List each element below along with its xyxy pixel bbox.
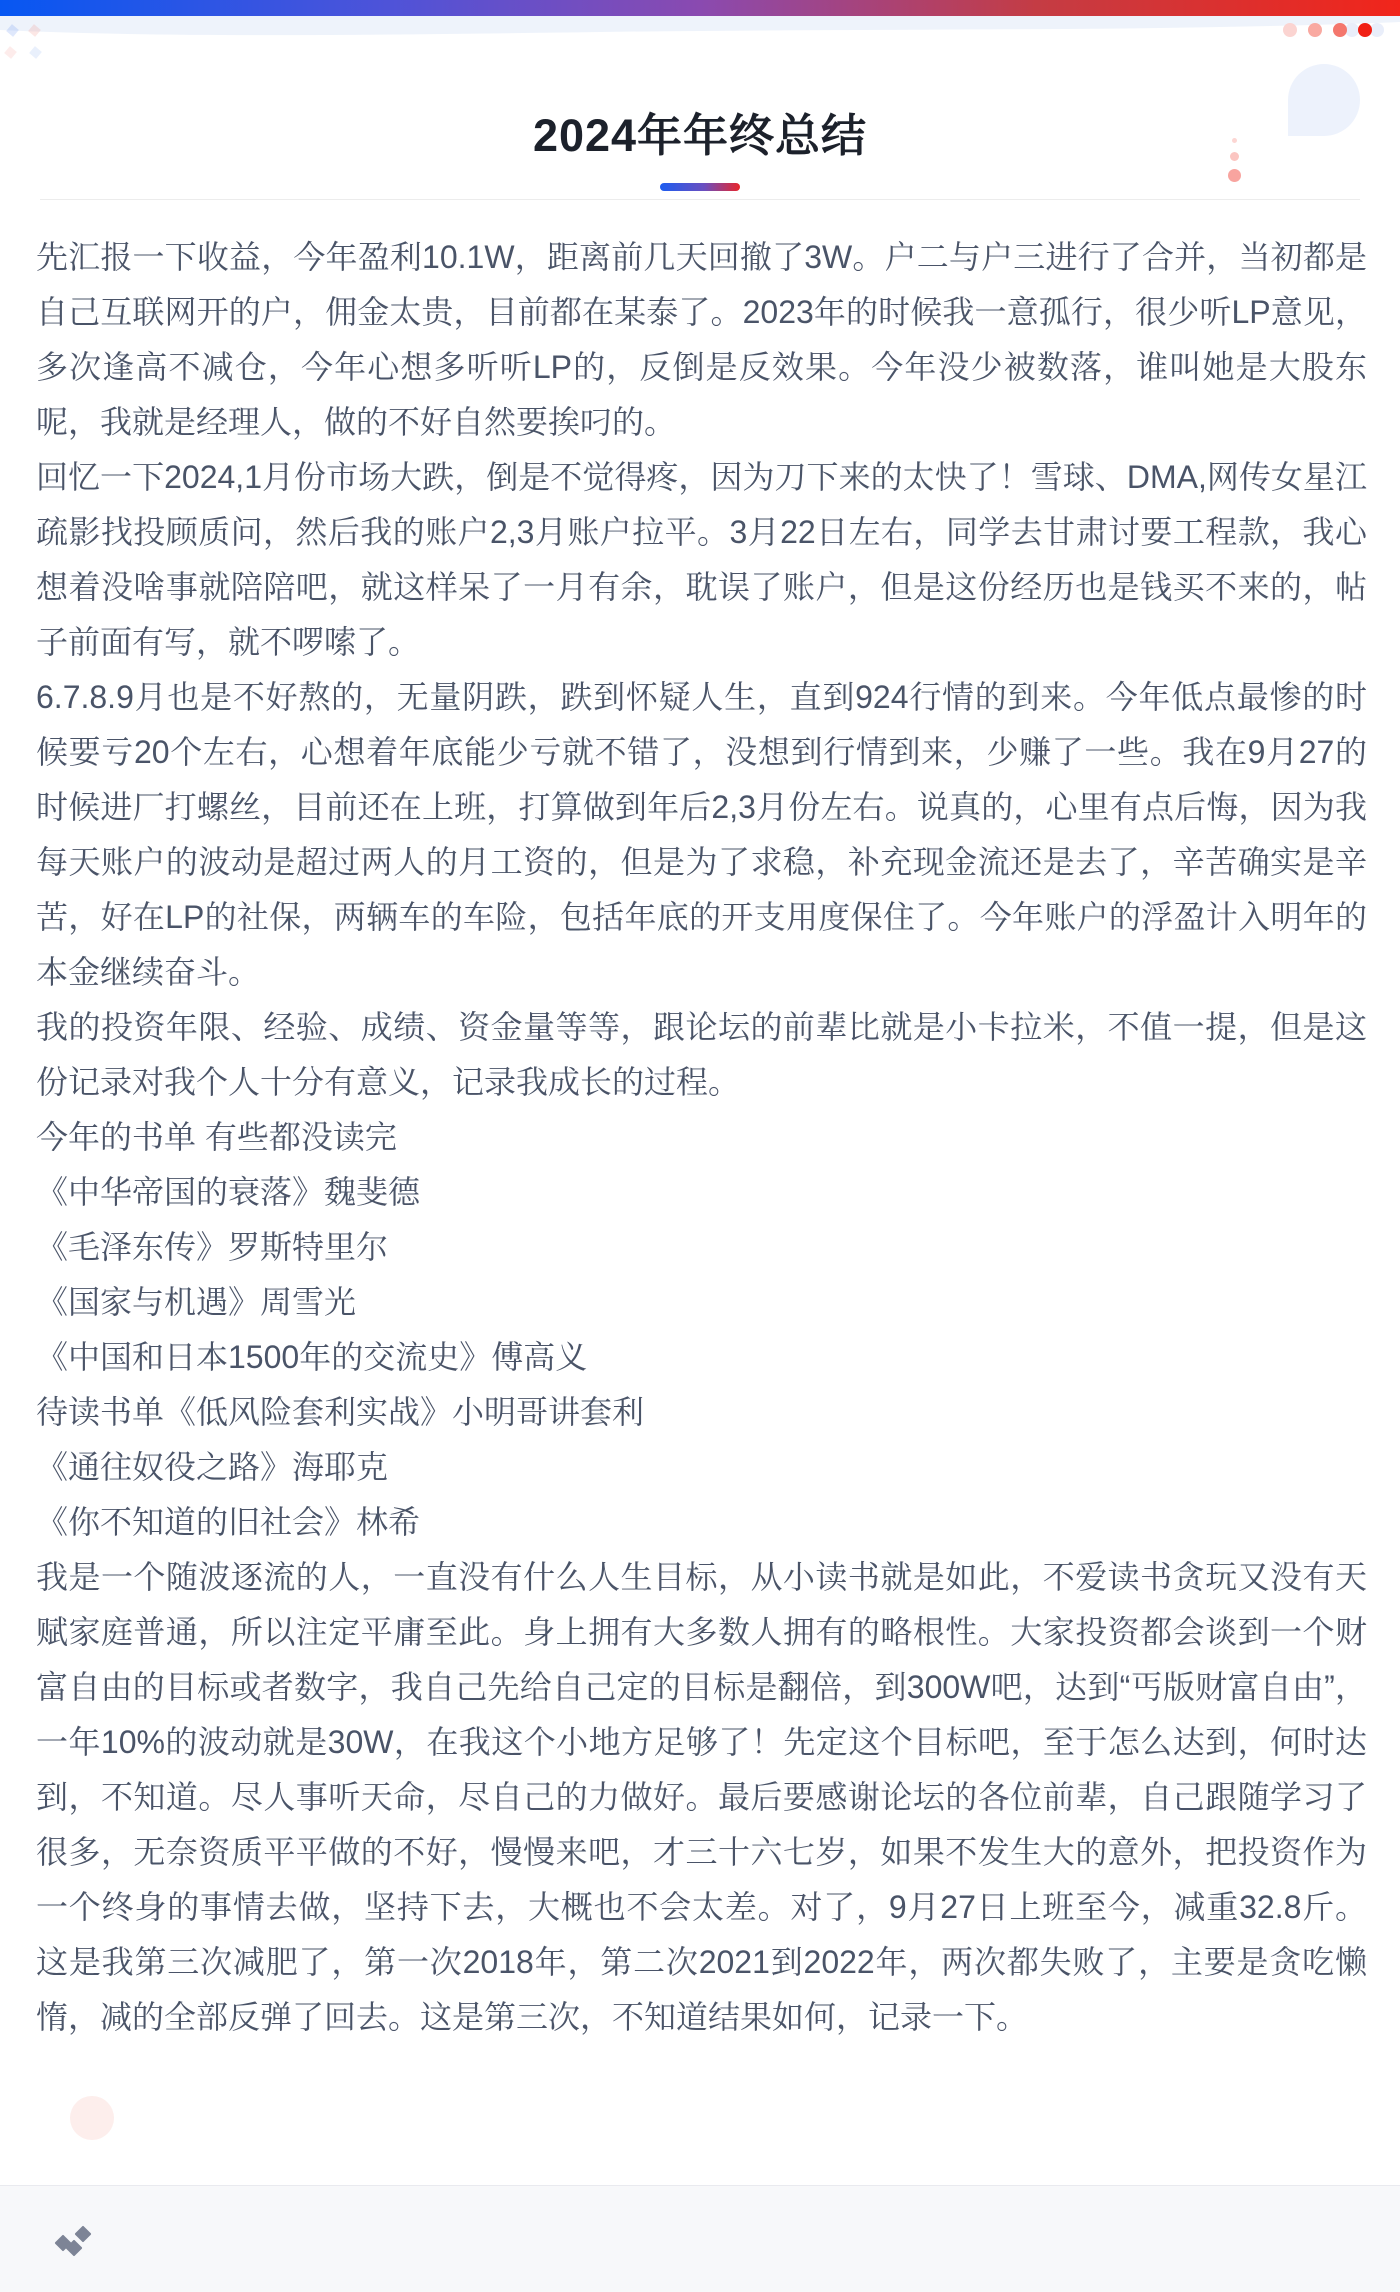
book-list-item: 《中华帝国的衰落》魏斐德 bbox=[36, 1165, 1367, 1220]
title-underline bbox=[660, 183, 740, 191]
paragraph: 6.7.8.9月也是不好熬的，无量阴跌，跌到怀疑人生，直到924行情的到来。今年… bbox=[36, 670, 1367, 1000]
paragraph: 今年的书单 有些都没读完 bbox=[36, 1110, 1367, 1165]
diamonds-logo-icon bbox=[57, 2228, 95, 2256]
article-body: 先汇报一下收益，今年盈利10.1W，距离前几天回撤了3W。户二与户三进行了合并，… bbox=[36, 230, 1367, 2045]
paragraph: 回忆一下2024,1月份市场大跌，倒是不觉得疼，因为刀下来的太快了！雪球、DMA… bbox=[36, 450, 1367, 670]
book-list-item: 待读书单《低风险套利实战》小明哥讲套利 bbox=[36, 1385, 1367, 1440]
paragraph: 我是一个随波逐流的人，一直没有什么人生目标，从小读书就是如此，不爱读书贪玩又没有… bbox=[36, 1550, 1367, 2045]
page-footer bbox=[0, 2185, 1400, 2292]
paragraph: 我的投资年限、经验、成绩、资金量等等，跟论坛的前辈比就是小卡拉米，不值一提，但是… bbox=[36, 1000, 1367, 1110]
book-list-item: 《中国和日本1500年的交流史》傅高义 bbox=[36, 1330, 1367, 1385]
book-list-item: 《毛泽东传》罗斯特里尔 bbox=[36, 1220, 1367, 1275]
book-list-item: 《你不知道的旧社会》林希 bbox=[36, 1495, 1367, 1550]
diamond-shape bbox=[75, 2226, 92, 2243]
paragraph: 先汇报一下收益，今年盈利10.1W，距离前几天回撤了3W。户二与户三进行了合并，… bbox=[36, 230, 1367, 450]
page-header: 2024年年终总结 bbox=[0, 0, 1400, 200]
book-list-item: 《通往奴役之路》海耶克 bbox=[36, 1440, 1367, 1495]
book-list-item: 《国家与机遇》周雪光 bbox=[36, 1275, 1367, 1330]
decor-circle bbox=[70, 2096, 114, 2140]
header-divider bbox=[40, 199, 1360, 200]
page-title: 2024年年终总结 bbox=[0, 112, 1400, 160]
